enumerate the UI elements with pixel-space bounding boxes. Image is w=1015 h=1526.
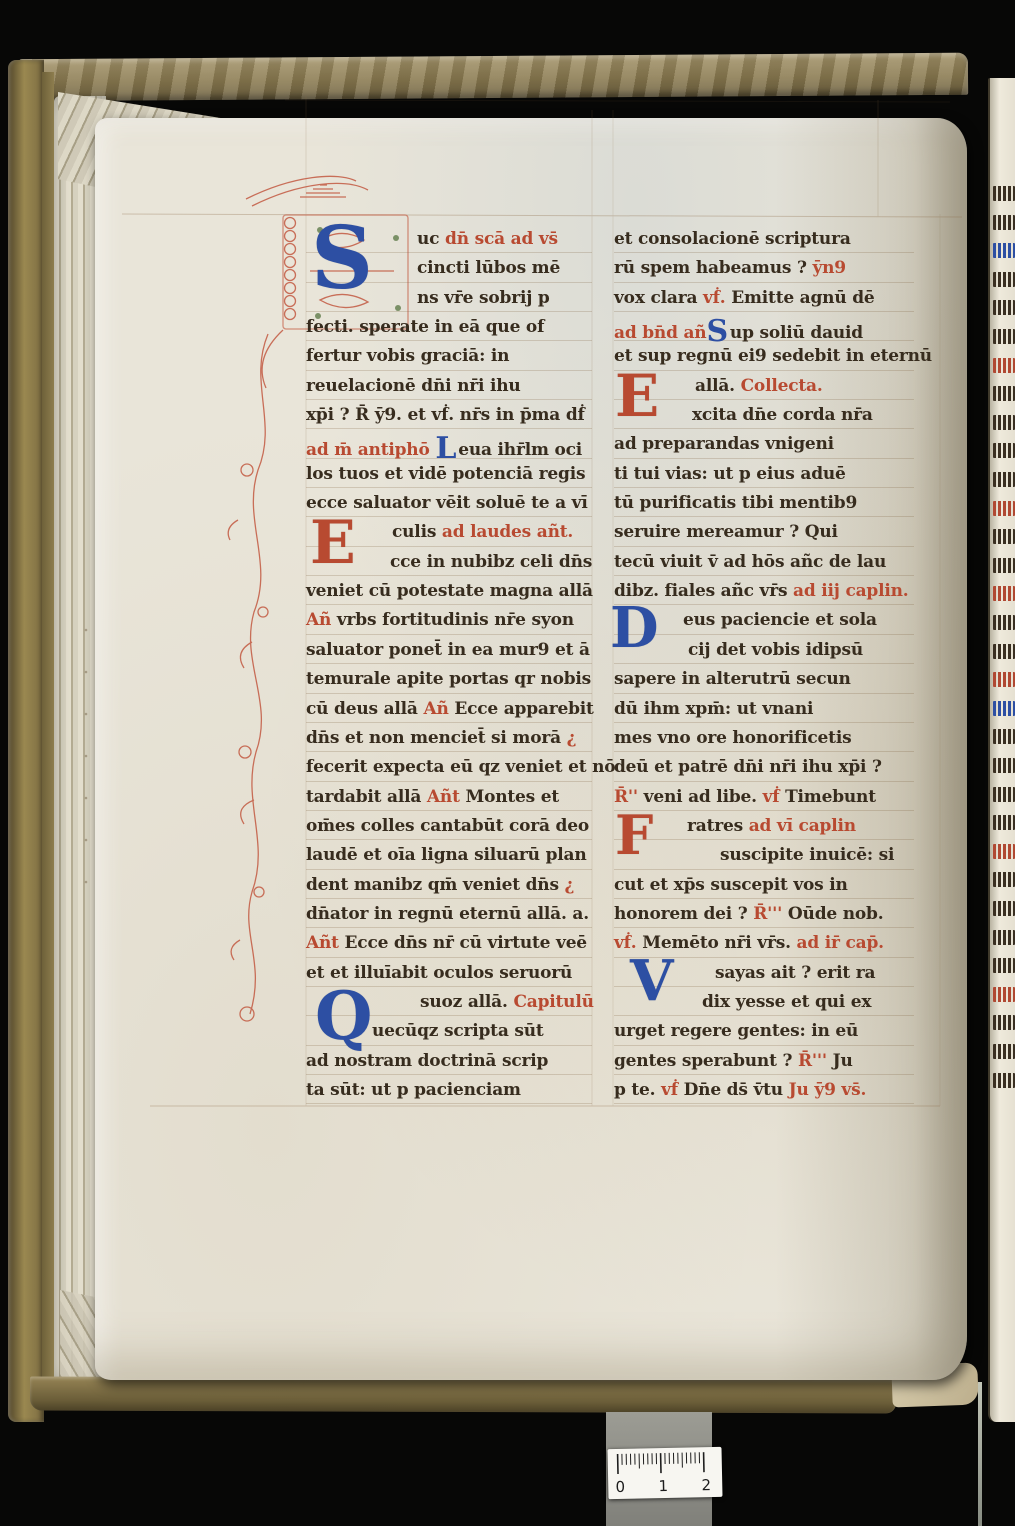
manuscript-text-line: vox clara vḟ. Emitte agnū dē xyxy=(614,283,914,312)
manuscript-text-line: culis ad laudes añt. xyxy=(306,517,592,546)
ink-text: suscipite inuicē: si xyxy=(720,845,894,865)
rubric-text: ¿ xyxy=(561,728,576,748)
ink-text: tardabit allā xyxy=(306,787,427,807)
rubric-text: vḟ. xyxy=(703,288,731,308)
manuscript-text-line: xcita dn̄e corda nr̄a xyxy=(614,400,914,429)
manuscript-text-line: suoz allā. Capitulū xyxy=(306,987,592,1016)
rubric-text: ad bn̄d añ xyxy=(614,323,706,343)
manuscript-text-line: ti tui vias: ut p eius aduē xyxy=(614,459,914,488)
manuscript-text-line: deū et patrē dn̄i nr̄i ihu xp̄i ? xyxy=(614,752,914,781)
manuscript-text-line: ad m̄ antiphō Leua ihr̄lm oci xyxy=(306,429,592,458)
facing-page-text-fragment xyxy=(993,644,1015,659)
ink-text: laudē et oīa ligna siluarū plan xyxy=(306,845,586,865)
ink-text: seruire mereamur ? Qui xyxy=(614,522,838,542)
manuscript-text-line: om̄es colles cantabūt corā deo xyxy=(306,811,592,840)
ink-text: et consolacionē scriptura xyxy=(614,229,851,249)
ink-text: cincti lūbos mē xyxy=(417,258,560,278)
manuscript-text-line: fecti. sperate in eā que of xyxy=(306,312,592,341)
manuscript-text-line: ratres ad vī caplin xyxy=(614,811,914,840)
cradle-strap-edge xyxy=(978,1382,982,1526)
facing-page-text-fragment xyxy=(993,672,1015,687)
manuscript-text-line: sayas ait ? erit ra xyxy=(614,958,914,987)
manuscript-text-line: fertur vobis graciā: in xyxy=(306,341,592,370)
manuscript-text-line: Añt Ecce dn̄s nr̄ cū virtute veē xyxy=(306,928,592,957)
manuscript-text-line: et et illuīabit oculos seruorū xyxy=(306,958,592,987)
manuscript-text-line: uecūqz scripta sūt xyxy=(306,1016,592,1045)
manuscript-text-line: dn̄ator in regnū eternū allā. a. xyxy=(306,899,592,928)
manuscript-text-line: R̄'' veni ad libe. vḟ Timebunt xyxy=(614,782,914,811)
ink-text: Dn̄e ds̄ v̄tu xyxy=(684,1080,789,1100)
ink-text: ad nostram doctrinā scrip xyxy=(306,1051,548,1071)
manuscript-text-line: ecce saluator vēit soluē te a vī xyxy=(306,488,592,517)
ink-text: Emitte agnū dē xyxy=(731,288,874,308)
manuscript-text-line: gentes sperabunt ? R̄''' Ju xyxy=(614,1046,914,1075)
ink-text: cut et xp̄s suscepit vos in xyxy=(614,875,848,895)
ink-text: eus paciencie et sola xyxy=(683,610,877,630)
ink-text: Memēto nr̄i vr̄s. xyxy=(642,933,796,953)
rubric-text: ad laudes añt. xyxy=(442,522,573,542)
ink-text: dent manibz qm̄ veniet dn̄s xyxy=(306,875,559,895)
text-column-1: uc dn̄ scā ad vs̄cincti lūbos mēns vr̄e … xyxy=(306,224,592,1104)
ink-text: suoz allā. xyxy=(420,992,513,1012)
manuscript-text-line: dn̄s et non menciet̄ si morā ¿ xyxy=(306,723,592,752)
ink-text: om̄es colles cantabūt corā deo xyxy=(306,816,589,836)
ink-text: dn̄ator in regnū eternū allā. a. xyxy=(306,904,589,924)
rubric-text: Collecta. xyxy=(741,376,823,396)
manuscript-text-line: veniet cū potestate magna allā xyxy=(306,576,592,605)
facing-page-text-fragment xyxy=(993,987,1015,1002)
ink-text: Timebunt xyxy=(785,787,876,807)
manuscript-text-line: temurale apite portas qr nobis xyxy=(306,664,592,693)
facing-page-text-fragment xyxy=(993,815,1015,830)
ruler-label-1: 1 xyxy=(658,1477,668,1495)
ink-text: Ecce apparebit xyxy=(454,699,593,719)
ink-text: ti tui vias: ut p eius aduē xyxy=(614,464,846,484)
ink-text: veniet cū potestate magna allā xyxy=(306,581,593,601)
manuscript-photo: uc dn̄ scā ad vs̄cincti lūbos mēns vr̄e … xyxy=(0,0,1015,1526)
manuscript-text-line: cincti lūbos mē xyxy=(306,253,592,282)
ink-text: mes vno ore honorificetis xyxy=(614,728,851,748)
facing-page-text-fragment xyxy=(993,958,1015,973)
ink-text: fecerit expecta eū qz veniet et nō xyxy=(306,757,615,777)
manuscript-text-line: reuelacionē dn̄i nr̄i ihu xyxy=(306,371,592,400)
facing-page-text-fragment xyxy=(993,787,1015,802)
ink-text: vrbs fortitudinis nr̄e syon xyxy=(337,610,574,630)
ink-text: los tuos et vidē potenciā regis xyxy=(306,464,585,484)
manuscript-text-line: cce in nubibz celi dn̄s xyxy=(306,547,592,576)
manuscript-text-line: vḟ. Memēto nr̄i vr̄s. ad ir̄ cap̄. xyxy=(614,928,914,957)
book-cover-left-board xyxy=(8,60,44,1422)
ink-text: vox clara xyxy=(614,288,703,308)
manuscript-text-line: ad preparandas vnigeni xyxy=(614,429,914,458)
text-column-2: et consolacionē scripturarū spem habeamu… xyxy=(614,224,914,1104)
facing-page-text-fragment xyxy=(993,186,1015,201)
ink-text: allā. xyxy=(695,376,741,396)
facing-page-text-fragment xyxy=(993,615,1015,630)
ink-text: xcita dn̄e corda nr̄a xyxy=(692,405,873,425)
rubric-text: R̄'' xyxy=(614,787,644,807)
facing-page-text-fragment xyxy=(993,501,1015,516)
facing-page-text-fragment xyxy=(993,844,1015,859)
manuscript-text-line: suscipite inuicē: si xyxy=(614,840,914,869)
facing-page-text-fragment xyxy=(993,215,1015,230)
facing-page-text-fragment xyxy=(993,758,1015,773)
scale-bar-ruler: 0 1 2 xyxy=(607,1447,722,1499)
manuscript-text-line: ad bn̄d añSup soliū dauid xyxy=(614,312,914,341)
ink-text: cce in nubibz celi dn̄s xyxy=(390,552,592,572)
ink-text: xp̄i ? R̄ ȳ9. et vḟ. nr̄s in p̄ma dḟ xyxy=(306,405,585,425)
ink-text: urget regere gentes: in eū xyxy=(614,1021,858,1041)
facing-page-text-fragment xyxy=(993,872,1015,887)
manuscript-text-line: tardabit allā Añt Montes et xyxy=(306,782,592,811)
ink-text: deū et patrē dn̄i nr̄i ihu xp̄i ? xyxy=(614,757,882,777)
rubric-text: vḟ. xyxy=(614,933,642,953)
ink-text: fecti. sperate in eā que of xyxy=(306,317,544,337)
manuscript-text-line: saluator ponet̄ in ea mur9 et ā xyxy=(306,635,592,664)
ink-text: tū purificatis tibi mentib9 xyxy=(614,493,857,513)
inline-initial: S xyxy=(706,314,729,349)
manuscript-text-line: fecerit expecta eū qz veniet et nō xyxy=(306,752,592,781)
facing-page-text-fragment xyxy=(993,300,1015,315)
rubric-text: Añt xyxy=(306,933,345,953)
facing-page-text-fragment xyxy=(993,1044,1015,1059)
rubric-text: Añ xyxy=(306,610,337,630)
ink-text: up soliū dauid xyxy=(730,323,863,343)
manuscript-text-line: rū spem habeamus ? ȳn9 xyxy=(614,253,914,282)
manuscript-text-line: allā. Collecta. xyxy=(614,371,914,400)
ink-text: veni ad libe. xyxy=(644,787,763,807)
rubric-text: Capitulū xyxy=(513,992,593,1012)
ink-text: eua ihr̄lm oci xyxy=(458,440,582,460)
manuscript-text-line: dix yesse et qui ex xyxy=(614,987,914,1016)
ink-text: p te. xyxy=(614,1080,661,1100)
rubric-text: Ju ȳ9 vs̄. xyxy=(789,1080,867,1100)
facing-page-text-fragment xyxy=(993,443,1015,458)
facing-page-text-fragment xyxy=(993,701,1015,716)
facing-page-sliver xyxy=(988,78,1015,1422)
ink-text: sayas ait ? erit ra xyxy=(715,963,875,983)
manuscript-text-line: xp̄i ? R̄ ȳ9. et vḟ. nr̄s in p̄ma dḟ xyxy=(306,400,592,429)
facing-page-text-fragment xyxy=(993,729,1015,744)
manuscript-text-line: tū purificatis tibi mentib9 xyxy=(614,488,914,517)
facing-page-text-fragment xyxy=(993,329,1015,344)
manuscript-text-line: cij det vobis idipsū xyxy=(614,635,914,664)
rubric-text: ad iij caplin. xyxy=(793,581,908,601)
ink-text: gentes sperabunt ? xyxy=(614,1051,798,1071)
ink-text: temurale apite portas qr nobis xyxy=(306,669,591,689)
ruler-label-2: 2 xyxy=(701,1476,711,1494)
ink-text: tecū viuit v̄ ad hōs añc de lau xyxy=(614,552,886,572)
ink-text: Ju xyxy=(833,1051,853,1071)
ink-text: ns vr̄e sobrij p xyxy=(417,288,550,308)
rubric-text: ad vī caplin xyxy=(749,816,856,836)
rubric-text: ¿ xyxy=(559,875,574,895)
ink-text: ratres xyxy=(687,816,749,836)
facing-page-text-fragment xyxy=(993,558,1015,573)
manuscript-text-line: tecū viuit v̄ ad hōs añc de lau xyxy=(614,547,914,576)
ink-text: honorem dei ? xyxy=(614,904,753,924)
ink-text: saluator ponet̄ in ea mur9 et ā xyxy=(306,640,590,660)
rubric-text: dn̄ scā ad vs̄ xyxy=(445,229,558,249)
manuscript-text-line: ta sūt: ut p pacienciam xyxy=(306,1075,592,1104)
facing-page-text-fragment xyxy=(993,358,1015,373)
ruler-label-0: 0 xyxy=(615,1478,625,1496)
ink-text: dū ihm xpm̄: ut vnani xyxy=(614,699,813,719)
manuscript-text-line: honorem dei ? R̄''' Oūde nob. xyxy=(614,899,914,928)
ink-text: ta sūt: ut p pacienciam xyxy=(306,1080,521,1100)
rubric-text: ȳn9 xyxy=(812,258,845,278)
facing-page-text-fragment xyxy=(993,386,1015,401)
rubric-text: Añt xyxy=(427,787,466,807)
manuscript-text-line: ns vr̄e sobrij p xyxy=(306,283,592,312)
ink-text: dix yesse et qui ex xyxy=(702,992,871,1012)
rubric-text: ad ir̄ cap̄. xyxy=(797,933,884,953)
manuscript-text-line: ad nostram doctrinā scrip xyxy=(306,1046,592,1075)
manuscript-text-line: dū ihm xpm̄: ut vnani xyxy=(614,694,914,723)
facing-page-text-fragment xyxy=(993,272,1015,287)
manuscript-text-line: eus paciencie et sola xyxy=(614,605,914,634)
manuscript-text-line: sapere in alterutrū secun xyxy=(614,664,914,693)
rubric-text: vḟ xyxy=(661,1080,684,1100)
manuscript-text-line: uc dn̄ scā ad vs̄ xyxy=(306,224,592,253)
ink-text: reuelacionē dn̄i nr̄i ihu xyxy=(306,376,521,396)
ink-text: dibz. fiales añc vr̄s xyxy=(614,581,793,601)
rubric-text: vḟ xyxy=(763,787,786,807)
manuscript-text-line: cū deus allā Añ Ecce apparebit xyxy=(306,694,592,723)
manuscript-text-line: p te. vḟ Dn̄e ds̄ v̄tu Ju ȳ9 vs̄. xyxy=(614,1075,914,1104)
ink-text: sapere in alterutrū secun xyxy=(614,669,851,689)
ink-text: cū deus allā xyxy=(306,699,423,719)
manuscript-text-line: et sup regnū ei9 sedebit in eternū xyxy=(614,341,914,370)
manuscript-text-line: dent manibz qm̄ veniet dn̄s ¿ xyxy=(306,870,592,899)
ink-text: dn̄s et non menciet̄ si morā xyxy=(306,728,561,748)
ink-text: et sup regnū ei9 sedebit in eternū xyxy=(614,346,932,366)
facing-page-text-fragment xyxy=(993,529,1015,544)
manuscript-text-line: laudē et oīa ligna siluarū plan xyxy=(306,840,592,869)
book-cover-inner-ridge xyxy=(42,72,54,1402)
manuscript-text-line: et consolacionē scriptura xyxy=(614,224,914,253)
inline-initial: L xyxy=(435,431,458,466)
facing-page-text-fragment xyxy=(993,415,1015,430)
facing-page-text-fragment xyxy=(993,472,1015,487)
facing-page-text-fragment xyxy=(993,1015,1015,1030)
ink-text: cij det vobis idipsū xyxy=(688,640,863,660)
facing-page-text-fragment xyxy=(993,243,1015,258)
ink-text: et et illuīabit oculos seruorū xyxy=(306,963,572,983)
facing-page-text-fragment xyxy=(993,1073,1015,1088)
ink-text: Ecce dn̄s nr̄ cū virtute veē xyxy=(345,933,587,953)
ink-text: uc xyxy=(417,229,445,249)
ink-text: rū spem habeamus ? xyxy=(614,258,812,278)
ink-text: uecūqz scripta sūt xyxy=(372,1021,544,1041)
ink-text: fertur vobis graciā: in xyxy=(306,346,509,366)
ink-text: culis xyxy=(392,522,442,542)
rubric-text: R̄''' xyxy=(798,1051,833,1071)
manuscript-text-line: Añ vrbs fortitudinis nr̄e syon xyxy=(306,605,592,634)
ink-text: Montes et xyxy=(465,787,559,807)
manuscript-text-line: cut et xp̄s suscepit vos in xyxy=(614,870,914,899)
manuscript-text-line: dibz. fiales añc vr̄s ad iij caplin. xyxy=(614,576,914,605)
ink-text: ad preparandas vnigeni xyxy=(614,434,834,454)
manuscript-text-line: urget regere gentes: in eū xyxy=(614,1016,914,1045)
ink-text: ecce saluator vēit soluē te a vī xyxy=(306,493,588,513)
manuscript-text-line: mes vno ore honorificetis xyxy=(614,723,914,752)
manuscript-text-line: seruire mereamur ? Qui xyxy=(614,517,914,546)
rubric-text: Añ xyxy=(423,699,454,719)
facing-page-text-fragment xyxy=(993,586,1015,601)
ink-text: Oūde nob. xyxy=(788,904,884,924)
rubric-text: R̄''' xyxy=(753,904,788,924)
facing-page-text-fragment xyxy=(993,901,1015,916)
rubric-text: ad m̄ antiphō xyxy=(306,440,435,460)
facing-page-text-fragment xyxy=(993,930,1015,945)
book-cover-top-edge xyxy=(18,53,968,102)
book-cover-bottom-edge xyxy=(30,1376,896,1413)
